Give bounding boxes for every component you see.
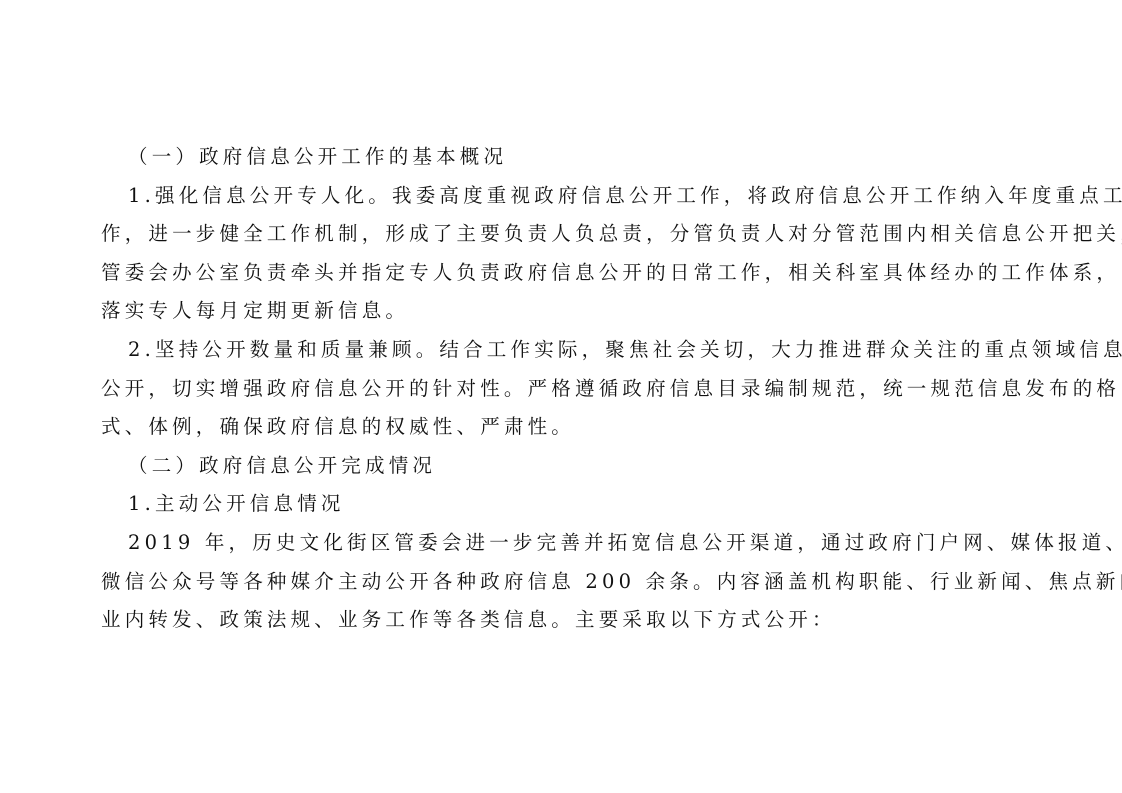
paragraph-line: 微信公众号等各种媒介主动公开各种政府信息 200 余条。内容涵盖机构职能、行业新… xyxy=(101,563,1021,602)
paragraph-line: 作，进一步健全工作机制，形成了主要负责人负总责，分管负责人对分管范围内相关信息公… xyxy=(101,215,1021,254)
paragraph-specialization: 1.强化信息公开专人化。我委高度重视政府信息公开工作，将政府信息公开工作纳入年度… xyxy=(101,177,1021,331)
paragraph-line: 落实专人每月定期更新信息。 xyxy=(101,292,1021,331)
document-page: （一）政府信息公开工作的基本概况 1.强化信息公开专人化。我委高度重视政府信息公… xyxy=(101,138,1021,640)
paragraph-2019-disclosure: 2019 年，历史文化街区管委会进一步完善并拓宽信息公开渠道，通过政府门户网、媒… xyxy=(101,524,1021,640)
paragraph-quantity-quality: 2.坚持公开数量和质量兼顾。结合工作实际，聚焦社会关切，大力推进群众关注的重点领… xyxy=(101,331,1021,447)
paragraph-line: 1.强化信息公开专人化。我委高度重视政府信息公开工作，将政府信息公开工作纳入年度… xyxy=(101,177,1021,216)
paragraph-line: 业内转发、政策法规、业务工作等各类信息。主要采取以下方式公开： xyxy=(101,601,1021,640)
section-heading-basic-overview: （一）政府信息公开工作的基本概况 xyxy=(101,138,1021,177)
section-heading-completion-status: （二）政府信息公开完成情况 xyxy=(101,447,1021,486)
paragraph-line: 2019 年，历史文化街区管委会进一步完善并拓宽信息公开渠道，通过政府门户网、媒… xyxy=(101,524,1021,563)
paragraph-line: 式、体例，确保政府信息的权威性、严肃性。 xyxy=(101,408,1021,447)
subheading-active-disclosure: 1.主动公开信息情况 xyxy=(101,485,1021,524)
paragraph-line: 2.坚持公开数量和质量兼顾。结合工作实际，聚焦社会关切，大力推进群众关注的重点领… xyxy=(101,331,1021,370)
paragraph-line: 管委会办公室负责牵头并指定专人负责政府信息公开的日常工作，相关科室具体经办的工作… xyxy=(101,254,1021,293)
paragraph-line: 公开，切实增强政府信息公开的针对性。严格遵循政府信息目录编制规范，统一规范信息发… xyxy=(101,370,1021,409)
